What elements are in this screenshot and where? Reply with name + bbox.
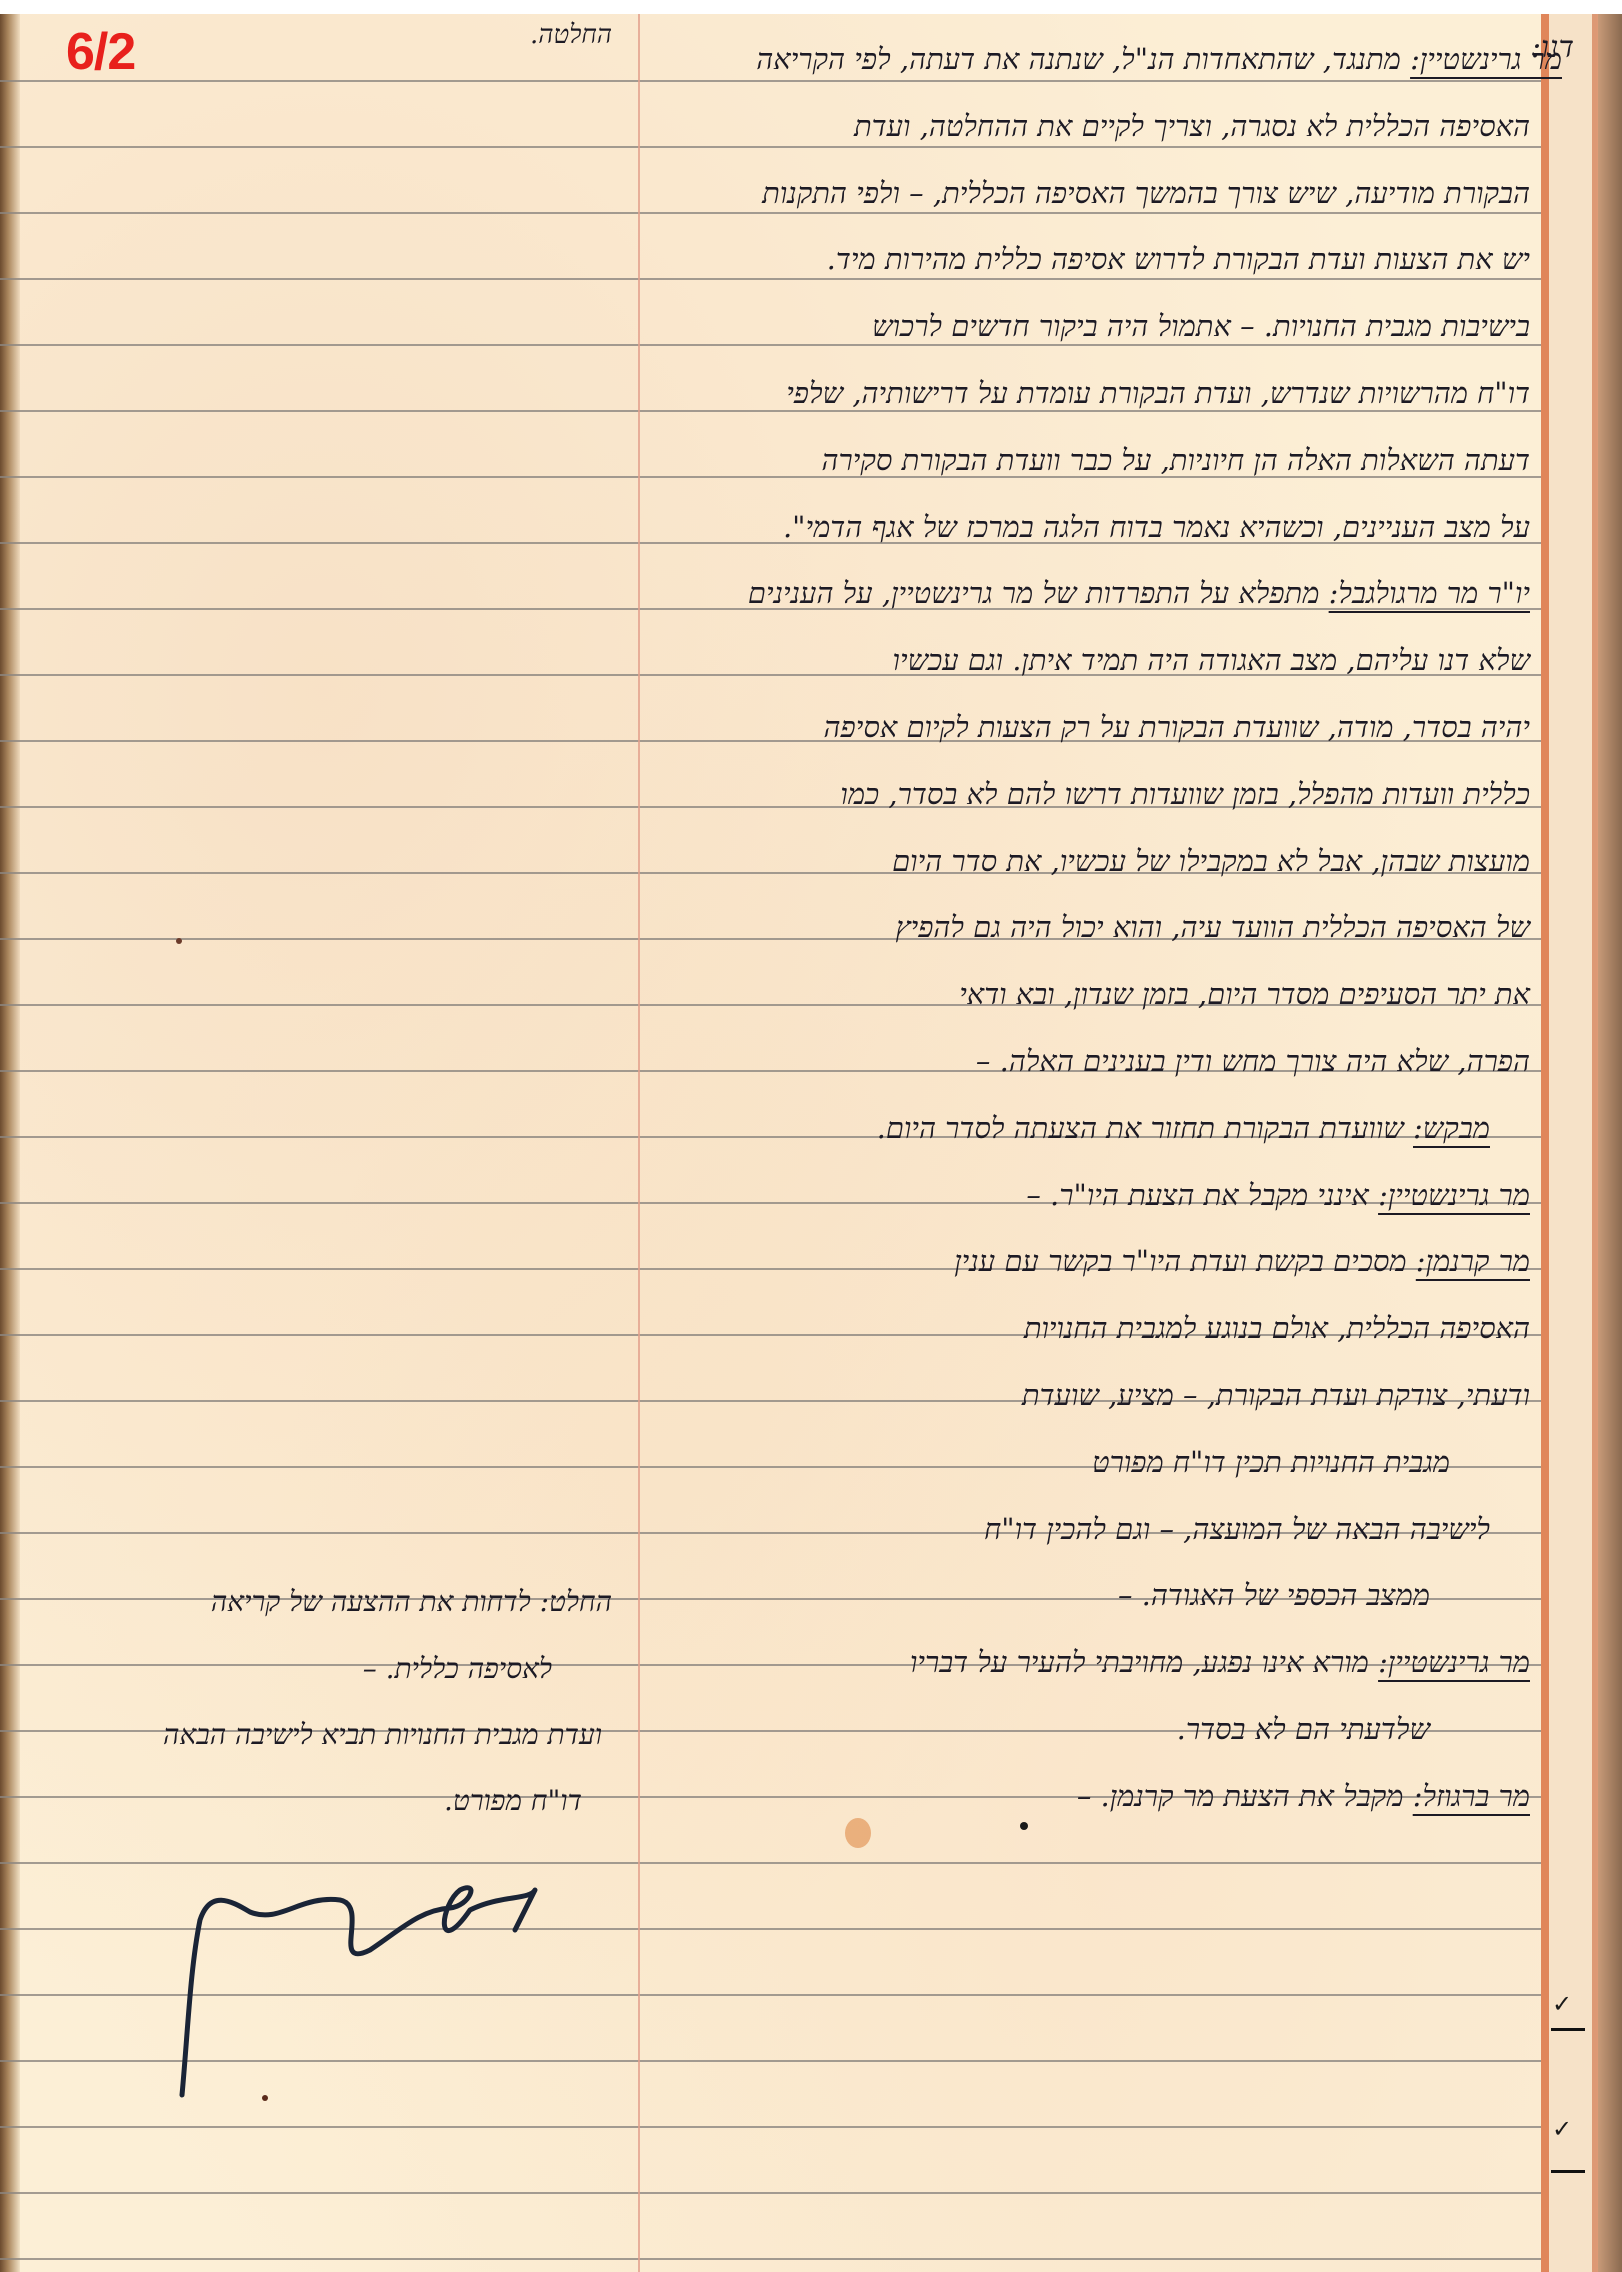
minutes-text: של האסיפה הכללית הוועד עיה, והוא יכול הי… <box>896 910 1531 944</box>
red-margin-line <box>1541 14 1549 2272</box>
minutes-line: שלדעתי הם לא בסדר. <box>1177 1712 1430 1747</box>
page-edge <box>1598 14 1622 2272</box>
speaker-name: מר קרנמן: <box>1416 1244 1530 1278</box>
minutes-text: שלא דנו עליהם, מצב האגודה היה תמיד איתן.… <box>893 643 1530 677</box>
minutes-text: מתנגד, שהתאחדות הנ"ל, שנתנה את דעתה, לפי… <box>756 42 1401 76</box>
minutes-text: ודעתי, צודקת ועדת הבקורת, – מציע, שועדת <box>1022 1378 1530 1412</box>
minutes-line: האסיפה הכללית לא נסגרה, וצריך לקיים את ה… <box>854 109 1530 144</box>
minutes-line: מר גרינשטיין: מורא אינו נפגע, מחויבתי לה… <box>910 1645 1530 1680</box>
minutes-line: מועצות שבהן, אבל לא במקבילו של עכשיו, את… <box>892 844 1530 879</box>
margin-dash <box>1551 2028 1585 2031</box>
check-mark-icon: ✓ <box>1552 2115 1572 2143</box>
minutes-text: דעתה השאלות האלה הן חיוניות, על כבר וועד… <box>822 443 1530 477</box>
minutes-line: דעתה השאלות האלה הן חיוניות, על כבר וועד… <box>822 443 1530 478</box>
minutes-text: על מצב העניינים, וכשהיא נאמר בדוח הלגה ב… <box>783 510 1530 544</box>
minutes-line: הפרה, שלא היה צורך מחש ודין בענינים האלה… <box>976 1044 1530 1079</box>
ruled-line <box>0 2192 1560 2194</box>
minutes-line: מר ברגוזל: מקבל את הצעת מר קרנמן. – <box>1077 1779 1530 1814</box>
decision-line: לאסיפה כללית. – <box>363 1652 552 1686</box>
minutes-text: מועצות שבהן, אבל לא במקבילו של עכשיו, את… <box>892 844 1530 878</box>
minutes-text: מקבל את הצעת מר קרנמן. – <box>1077 1779 1404 1813</box>
minutes-line: את יתר הסעיפים מסדר היום, בזמן שנדון, וב… <box>959 977 1530 1012</box>
minutes-text: דו"ח מהרשויות שנדרש, ועדת הבקורת עומדת ע… <box>786 376 1530 410</box>
minutes-text: מגבית החנויות תכין דו"ח מפורט <box>1092 1445 1450 1479</box>
minutes-text: כללית וועדות מהפלל, בזמן שוועדות דרשו לה… <box>840 777 1530 811</box>
minutes-line: מבקש: שוועדת הבקורת תחזור את הצעתה לסדר … <box>877 1111 1490 1146</box>
decision-line: דו"ח מפורט. <box>444 1784 582 1818</box>
minutes-line: דו"ח מהרשויות שנדרש, ועדת הבקורת עומדת ע… <box>786 376 1530 411</box>
page-number-label: 6/2 <box>66 22 135 82</box>
ruled-line <box>0 344 1560 346</box>
minutes-line: שלא דנו עליהם, מצב האגודה היה תמיד איתן.… <box>893 643 1530 678</box>
speaker-name: מר גרינשטיין: <box>1378 1645 1530 1679</box>
column-divider <box>638 14 640 2272</box>
minutes-text: האסיפה הכללית, אולם בנוגע למגבית החנויות <box>1024 1311 1530 1345</box>
minutes-line: הבקורת מודיעה, שיש צורך בהמשך האסיפה הכל… <box>762 176 1530 211</box>
ink-spot <box>176 938 182 944</box>
decision-line: החלט: לדחות את ההצעה של קריאה <box>211 1585 612 1619</box>
minutes-line: ודעתי, צודקת ועדת הבקורת, – מציע, שועדת <box>1022 1378 1530 1413</box>
minutes-line: על מצב העניינים, וכשהיא נאמר בדוח הלגה ב… <box>783 510 1530 545</box>
check-mark-icon: ✓ <box>1552 1990 1572 2018</box>
stain <box>845 1818 871 1848</box>
minutes-text: יש את הצעות ועדת הבקורת לדרוש אסיפה כללי… <box>827 242 1530 276</box>
speaker-name: מר ברגוזל: <box>1413 1779 1530 1813</box>
header-note: החלטה. <box>530 20 612 50</box>
minutes-text: שלדעתי הם לא בסדר. <box>1177 1712 1430 1746</box>
margin-dash <box>1551 2170 1585 2173</box>
binding-shadow <box>0 14 20 2272</box>
ruled-line <box>0 212 1560 214</box>
minutes-text: את יתר הסעיפים מסדר היום, בזמן שנדון, וב… <box>959 977 1530 1011</box>
ruled-line <box>0 278 1560 280</box>
speaker-name: מר גרינשטיין: <box>1410 42 1562 76</box>
minutes-line: בישיבות מגבית החנויות. – אתמול היה ביקור… <box>872 309 1530 344</box>
speaker-name: מבקש: <box>1413 1111 1490 1145</box>
ruled-line <box>0 146 1560 148</box>
minutes-line: לישיבה הבאה של המועצה, – וגם להכין דו"ח <box>984 1512 1490 1547</box>
minutes-text: אינני מקבל את הצעת היו"ר. – <box>1026 1178 1369 1212</box>
minutes-text: הבקורת מודיעה, שיש צורך בהמשך האסיפה הכל… <box>762 176 1530 210</box>
minutes-text: בישיבות מגבית החנויות. – אתמול היה ביקור… <box>872 309 1530 343</box>
minutes-line: מר קרנמן: מסכים בקשת ועדת היו"ר בקשר עם … <box>954 1244 1530 1279</box>
ruled-line <box>0 2126 1560 2128</box>
ruled-line <box>0 80 1560 82</box>
minutes-line: יש את הצעות ועדת הבקורת לדרוש אסיפה כללי… <box>827 242 1530 277</box>
minutes-text: ממצב הכספי של האגודה. – <box>1118 1578 1430 1612</box>
margin-strip <box>1549 14 1597 2272</box>
ruled-line <box>0 2258 1560 2260</box>
minutes-text: יהיה בסדר, מודה, שוועדת הבקורת על רק הצע… <box>824 710 1530 744</box>
minutes-line: מר גרינשטיין: אינני מקבל את הצעת היו"ר. … <box>1026 1178 1530 1213</box>
speaker-name: מר גרינשטיין: <box>1378 1178 1530 1212</box>
minutes-line: מגבית החנויות תכין דו"ח מפורט <box>1092 1445 1450 1480</box>
ink-spot <box>1020 1822 1028 1830</box>
decision-line: ועדת מגבית החנויות תביא לישיבה הבאה <box>163 1718 602 1752</box>
minutes-line: ממצב הכספי של האגודה. – <box>1118 1578 1430 1613</box>
minutes-line: כללית וועדות מהפלל, בזמן שוועדות דרשו לה… <box>840 777 1530 812</box>
minutes-line: של האסיפה הכללית הוועד עיה, והוא יכול הי… <box>896 910 1531 945</box>
minutes-text: האסיפה הכללית לא נסגרה, וצריך לקיים את ה… <box>854 109 1530 143</box>
minutes-line: האסיפה הכללית, אולם בנוגע למגבית החנויות <box>1024 1311 1530 1346</box>
minutes-text: הפרה, שלא היה צורך מחש ודין בענינים האלה… <box>976 1044 1530 1078</box>
minutes-text: מתפלא על התפרדות של מר גרינשטיין, על הענ… <box>748 576 1320 610</box>
signature <box>170 1850 550 2110</box>
minutes-line: מר גרינשטיין: מתנגד, שהתאחדות הנ"ל, שנתנ… <box>756 42 1562 77</box>
minutes-text: מורא אינו נפגע, מחויבתי להעיר על דבריו <box>910 1645 1369 1679</box>
minutes-text: מסכים בקשת ועדת היו"ר בקשר עם ענין <box>954 1244 1406 1278</box>
speaker-name: יו"ר מר מרגולגבל: <box>1329 576 1530 610</box>
minutes-line: יהיה בסדר, מודה, שוועדת הבקורת על רק הצע… <box>824 710 1530 745</box>
minutes-text: שוועדת הבקורת תחזור את הצעתה לסדר היום. <box>877 1111 1404 1145</box>
minutes-line: יו"ר מר מרגולגבל: מתפלא על התפרדות של מר… <box>748 576 1530 611</box>
minutes-text: לישיבה הבאה של המועצה, – וגם להכין דו"ח <box>984 1512 1490 1546</box>
